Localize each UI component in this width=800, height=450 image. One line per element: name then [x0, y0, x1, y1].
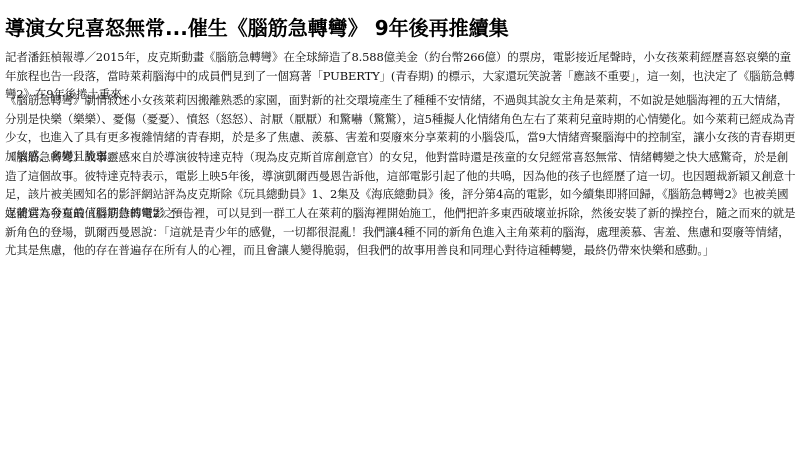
article-paragraph-4: 之前官方發布的《腦筋急轉彎2》預告裡，可以見到一群工人在萊莉的腦海裡開始施工，他… — [5, 204, 797, 260]
article-headline: 導演女兒喜怒無常...催生《腦筋急轉彎》 9年後再推續集 — [5, 14, 509, 42]
article-page: 導演女兒喜怒無常...催生《腦筋急轉彎》 9年後再推續集 記者潘鈺楨報導／201… — [0, 0, 800, 450]
